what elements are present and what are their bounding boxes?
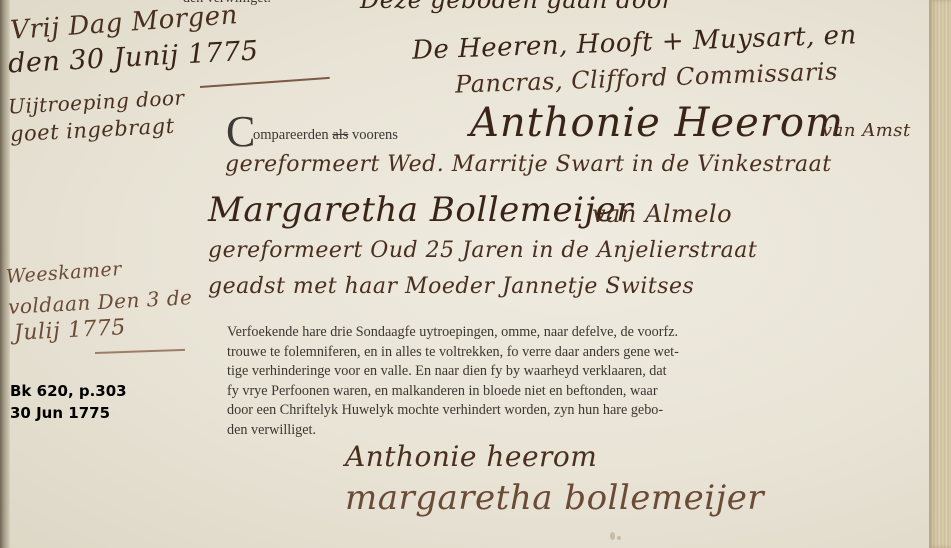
printed-after: voorens: [352, 127, 398, 143]
margin-note-line2: goet ingebragt: [9, 114, 175, 147]
ink-stain: [610, 532, 615, 540]
top-handwritten-fragment: Deze geboden gaan door: [360, 0, 674, 14]
commissioners-line2: Pancras, Clifford Commissaris: [455, 57, 839, 98]
flourish-line: [95, 349, 185, 354]
printed-line: trouwe te folemniferen, en in alles te v…: [227, 343, 857, 363]
printed-line: door een Chriftelyk Huwelyk mochte verhi…: [227, 401, 857, 421]
dropcap-letter: C: [226, 110, 255, 154]
groom-origin: van Amst: [822, 120, 911, 141]
page-edges: [929, 0, 951, 548]
printed-intro: ompareerden: [253, 127, 329, 143]
printed-declaration: Verfoekende hare drie Sondaagfe uytroepi…: [227, 323, 857, 441]
printed-line: fy vrye Perfoonen waren, en malkanderen …: [227, 382, 857, 402]
printed-line: tige verhinderinge voor en valle. En naa…: [227, 362, 857, 382]
printed-line: den verwilliget.: [227, 421, 857, 441]
printed-line: Verfoekende hare drie Sondaagfe uytroepi…: [227, 323, 857, 343]
compareerden-printed: ompareerden als voorens: [253, 127, 398, 144]
register-page: den verwilliget. Deze geboden gaan door …: [0, 0, 951, 548]
margin-weeskamer-line1: Weeskamer: [5, 258, 122, 288]
margin-weeskamer-line3: Julij 1775: [13, 315, 126, 346]
bride-name: Margaretha Bollemeijer: [208, 190, 633, 230]
caption-date: 30 Jun 1775: [10, 402, 127, 424]
bride-signature: margaretha bollemeijer: [345, 478, 764, 518]
struck-word: als: [332, 127, 348, 143]
groom-details: gereformeert Wed. Marritje Swart in de V…: [225, 152, 832, 177]
reference-caption: Bk 620, p.303 30 Jun 1775: [10, 380, 127, 424]
flourish-line: [200, 77, 330, 88]
groom-signature: Anthonie heerom: [345, 440, 597, 473]
margin-weeskamer-line2: voldaan Den 3 de: [7, 285, 192, 319]
caption-book-page: Bk 620, p.303: [10, 380, 127, 402]
groom-name: Anthonie Heerom: [470, 100, 844, 146]
bride-origin: van Almelo: [592, 200, 732, 228]
bride-details: gereformeert Oud 25 Jaren in de Anjelier…: [208, 238, 757, 263]
bride-guardian: geadst met haar Moeder Jannetje Switses: [208, 274, 694, 299]
ink-stain: [617, 536, 621, 540]
